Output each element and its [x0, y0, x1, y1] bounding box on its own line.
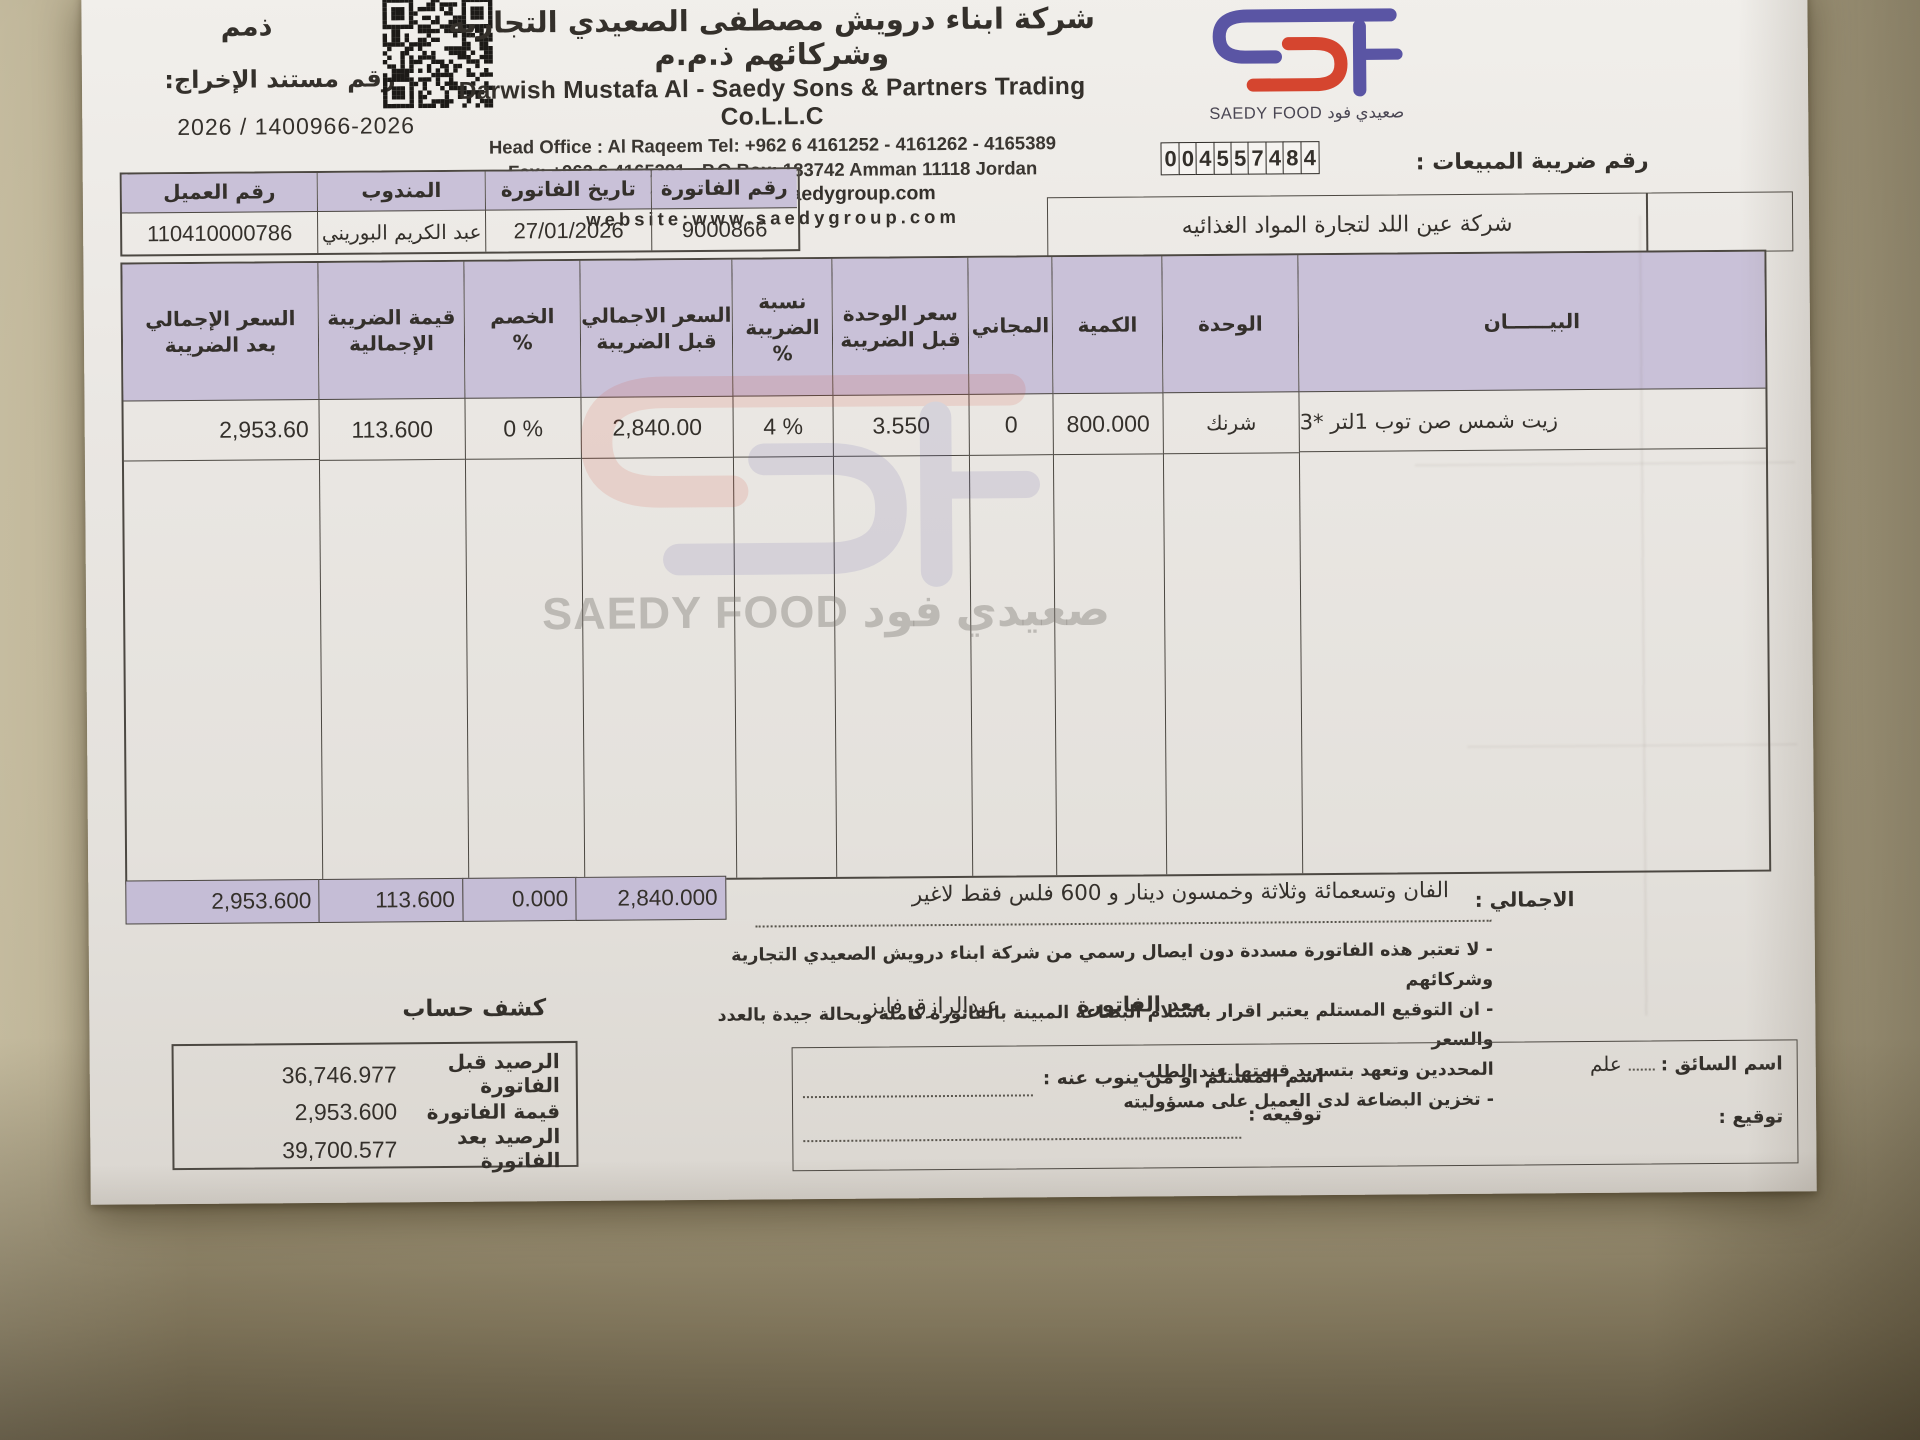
amount-dotted-line	[756, 920, 1492, 928]
item-description: زيت شمس صن توب 1لتر *3	[1299, 389, 1765, 453]
info-header: رقم العميل	[122, 173, 317, 214]
info-col-salesman: المندوب عبد الكريم البوريني	[317, 172, 486, 253]
totals-row: 2,953.600 113.600 0.000 2,840.000	[125, 876, 727, 925]
customer-number-value: 110410000786	[122, 212, 317, 255]
tax-digit: 4	[1265, 141, 1284, 174]
grand-total-label: الاجمالي :	[1475, 887, 1575, 912]
company-name-english: Darwish Mustafa Al - Saedy Sons & Partne…	[412, 73, 1132, 135]
total-before-tax: 2,840.000	[575, 876, 726, 921]
invoice-paper: ذمم رقم مستند الإخراج: 2026 / 1400966-20…	[81, 0, 1816, 1205]
column-header: قيمة الضريبة الإجمالية	[318, 262, 464, 400]
watermark-caption: SAEDY FOOD صعيدي فود	[536, 583, 1116, 641]
receiver-name-label: اسم المستلم او من ينوب عنه :	[1043, 1066, 1324, 1089]
column-header: الكمية	[1052, 256, 1162, 394]
customer-name-box: شركة عين اللد لتجارة المواد الغذائيه	[1047, 191, 1793, 257]
tax-digit: 5	[1231, 142, 1250, 175]
invoice-value: 2,953.600	[174, 1098, 409, 1127]
invoice-number-value: 9000866	[652, 208, 797, 250]
item-quantity: 800.000	[1053, 393, 1162, 455]
column-header: السعر الإجمالي بعد الضريبة	[122, 263, 318, 402]
note-line: - لا تعتبر هذه الفاتورة مسددة دون ايصال …	[703, 935, 1493, 1001]
tax-digit: 4	[1196, 142, 1215, 175]
invoice-value-label: قيمة الفاتورة	[409, 1098, 576, 1123]
tax-digit: 5	[1213, 142, 1232, 175]
total-discount: 0.000	[462, 877, 577, 922]
logo-caption: SAEDY FOOD صعيدي فود	[1194, 102, 1419, 124]
document-type-label: ذمم	[141, 11, 351, 44]
statement-title: كشف حساب	[369, 995, 579, 1023]
item-tax-value: 113.600	[319, 399, 464, 461]
column-empty-area	[124, 460, 322, 883]
doc-number-value: 2026 / 1400966-2026	[177, 112, 415, 141]
info-header: المندوب	[318, 172, 485, 212]
amount-in-words: الفان وتسعمائة وثلاثة وخمسون دينار و 600…	[900, 878, 1460, 907]
col-description: البيــــــان زيت شمس صن توب 1لتر *3	[1297, 252, 1769, 874]
col-total-after-tax: السعر الإجمالي بعد الضريبة 2,953.60	[122, 263, 322, 883]
total-tax: 113.600	[319, 878, 464, 923]
column-empty-area	[1300, 449, 1769, 874]
tax-digit: 0	[1161, 142, 1180, 175]
column-empty-area	[320, 460, 468, 881]
customer-box-divider	[1646, 194, 1648, 252]
sf-logo-icon	[1198, 0, 1414, 98]
brand-logo: SAEDY FOOD صعيدي فود	[1193, 0, 1419, 124]
preparer-label: معد الفاتورة	[1077, 992, 1205, 1017]
driver-name-value: علم	[1590, 1052, 1622, 1076]
item-unit: شرنك	[1163, 392, 1298, 454]
item-total-after-tax: 2,953.60	[123, 400, 318, 462]
col-tax-value: قيمة الضريبة الإجمالية 113.600	[317, 262, 468, 881]
column-empty-area	[1164, 453, 1302, 874]
info-col-invoice-date: تاريخ الفاتورة 27/01/2026	[485, 170, 652, 251]
info-col-invoice-number: رقم الفاتورة 9000866	[651, 169, 798, 250]
balance-after-value: 39,700.577	[174, 1136, 409, 1165]
photo-background: { "corner": { "type_label": "ذمم", "doc_…	[0, 0, 1920, 1440]
invoice-date-value: 27/01/2026	[486, 209, 651, 251]
column-header: البيــــــان	[1298, 252, 1765, 393]
info-header: رقم الفاتورة	[652, 169, 797, 209]
statement-box: 36,746.977 الرصيد قبل الفاتورة 2,953.600…	[172, 1041, 579, 1170]
tax-digit: 4	[1300, 141, 1319, 174]
col-quantity: الكمية 800.000	[1051, 256, 1166, 875]
info-header: تاريخ الفاتورة	[486, 170, 651, 210]
receiver-dotted-line	[803, 1094, 1033, 1098]
watermark-logo-icon	[546, 353, 1068, 592]
balance-before-label: الرصيد قبل الفاتورة	[409, 1049, 576, 1098]
head-office-line: Head Office : Al Raqeem Tel: +962 6 4161…	[412, 132, 1132, 160]
invoice-info-table: رقم العميل 110410000786 المندوب عبد الكر…	[120, 167, 801, 256]
statement-row: 2,953.600 قيمة الفاتورة	[174, 1097, 576, 1127]
company-name-arabic: شركة ابناء درويش مصطفى الصعيدي التجارية …	[411, 1, 1132, 75]
paper-edge-shadow	[1737, 0, 1817, 1192]
tax-digit: 8	[1283, 141, 1302, 174]
signature-box: اسم السائق : علم توقيع : اسم المستلم او …	[792, 1039, 1799, 1171]
balance-before-value: 36,746.977	[174, 1061, 409, 1090]
column-header: الوحدة	[1162, 255, 1298, 393]
customer-name: شركة عين اللد لتجارة المواد الغذائيه	[1048, 194, 1646, 257]
statement-row: 36,746.977 الرصيد قبل الفاتورة	[174, 1049, 576, 1100]
preparer-name: عبدالرازق فايز	[867, 994, 1000, 1020]
tax-digit: 0	[1178, 142, 1197, 175]
receiver-sign-dotted-line	[803, 1137, 1241, 1142]
salesman-value: عبد الكريم البوريني	[318, 211, 485, 253]
column-empty-area	[1054, 454, 1166, 875]
tax-digit: 7	[1248, 141, 1267, 174]
tax-number-label: رقم ضريبة المبيعات :	[1416, 148, 1649, 175]
tax-digit-boxes: 0 0 4 5 5 7 4 8 4	[1162, 141, 1319, 175]
total-after-tax: 2,953.600	[125, 879, 320, 925]
info-col-customer-number: رقم العميل 110410000786	[122, 173, 318, 255]
col-unit: الوحدة شرنك	[1161, 255, 1302, 874]
receiver-sign-label: توقيعه :	[1248, 1104, 1322, 1126]
